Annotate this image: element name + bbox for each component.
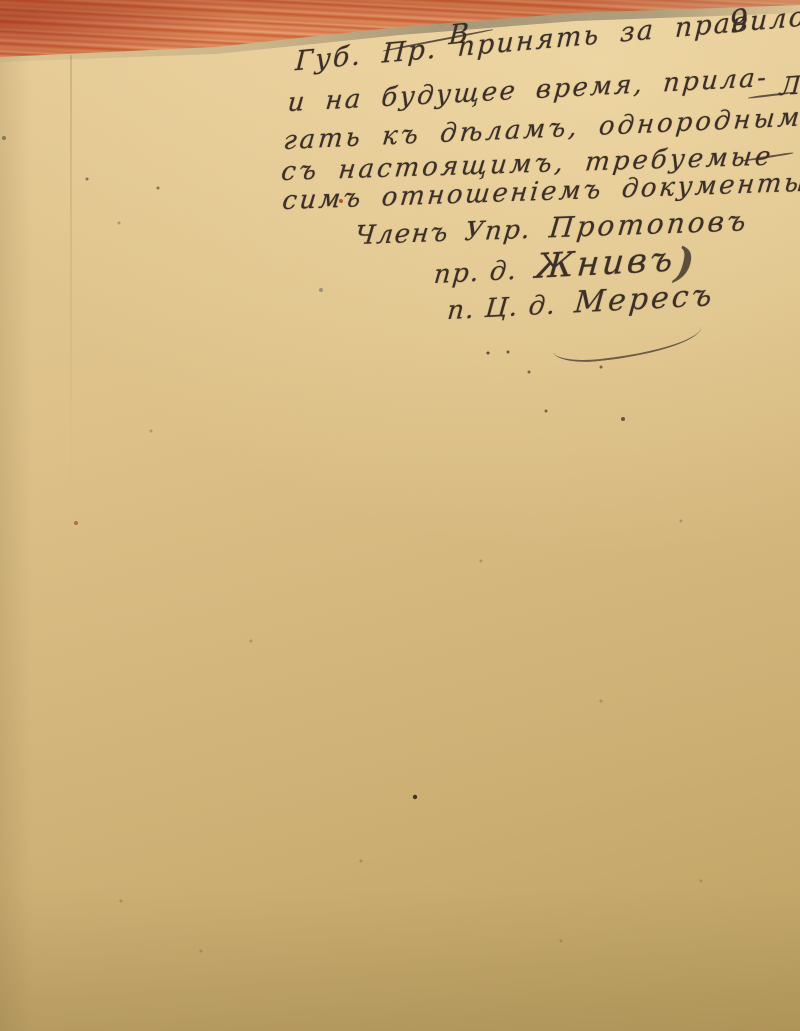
paper-crease	[70, 55, 72, 495]
archival-document-photo: 9 В Губ. Пр. принять за правило , и на б…	[0, 0, 800, 1031]
cutoff-letter-fragment: Л	[779, 71, 800, 102]
signature-underline-flourish	[552, 326, 704, 366]
paper-specks	[0, 0, 2, 2]
signature-prefix: пр. д.	[433, 256, 519, 291]
signature-prefix: п. Ц. д.	[446, 290, 558, 326]
signature-name: Протоповъ	[548, 204, 751, 244]
signature-name: Мересъ	[573, 278, 716, 321]
signature-name: Жнивъ	[534, 239, 677, 287]
signature-prefix: Членъ Упр.	[354, 215, 533, 251]
